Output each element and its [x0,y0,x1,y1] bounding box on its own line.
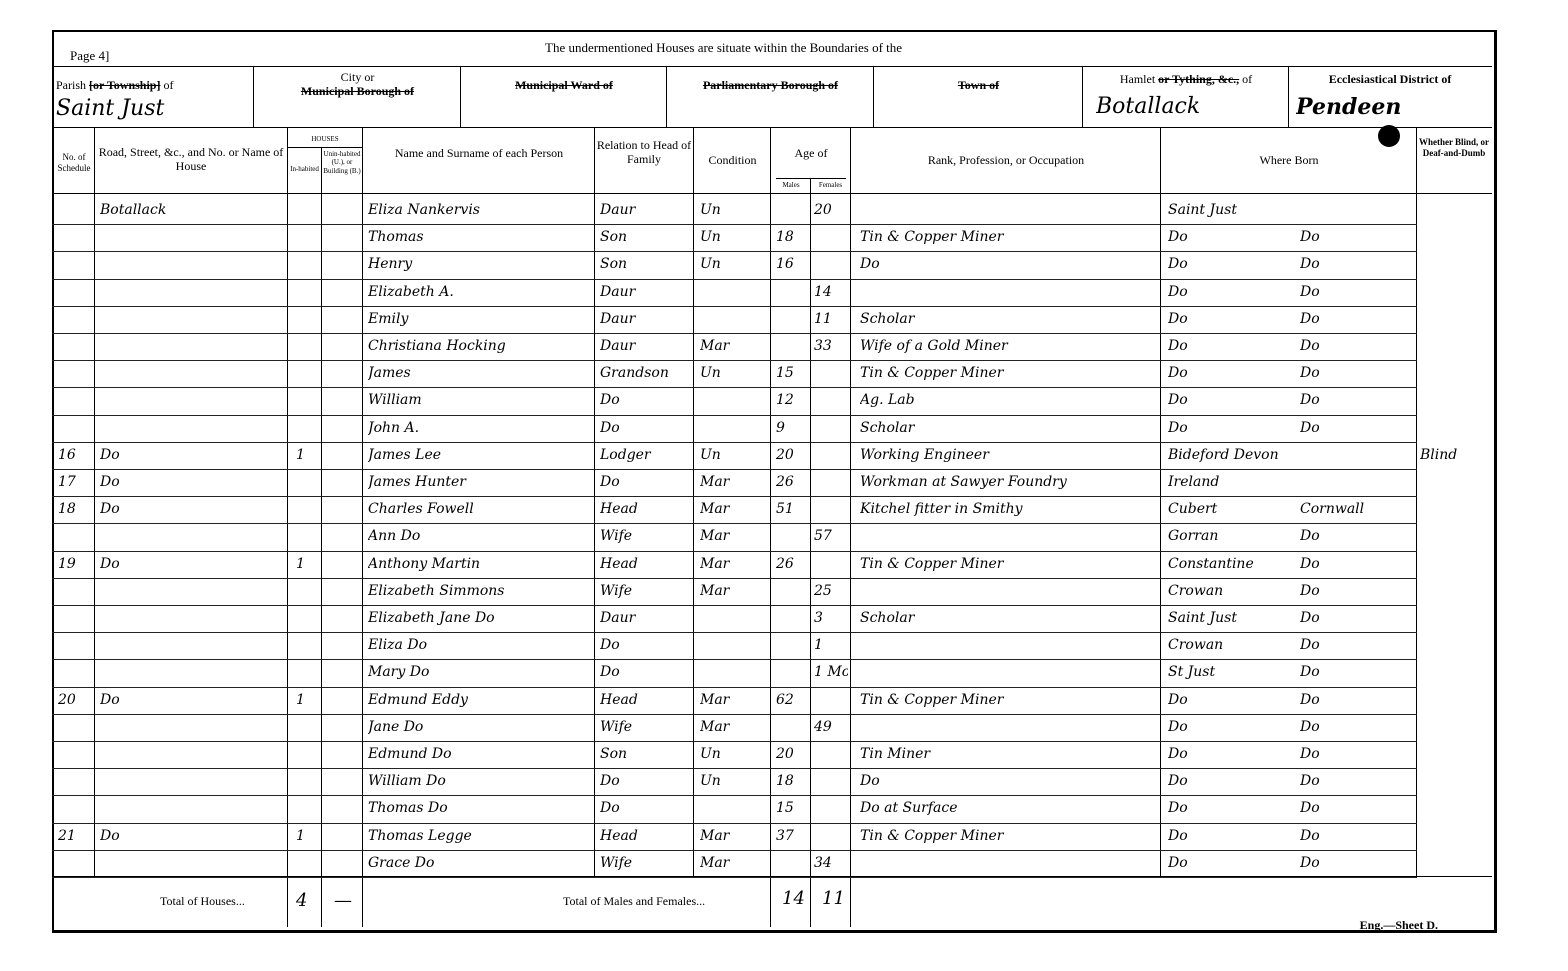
cell-female: 20 [814,202,848,218]
cell-schedule: 20 [58,692,92,708]
col-header-where-born: Where Born [1162,153,1416,167]
cell-occupation: Tin & Copper Miner [860,229,1158,245]
cell-condition: Un [700,229,768,245]
row-rule [52,659,1417,660]
city-label: City or Municipal Borough of [255,70,460,99]
divider [321,147,322,927]
cell-condition: Mar [700,583,768,599]
total-houses-label: Total of Houses... [160,894,245,909]
cell-occupation: Tin & Copper Miner [860,365,1158,381]
cell-born-county: Do [1300,855,1412,871]
cell-name: Henry [368,256,593,272]
cell-born-place: Crowan [1168,583,1318,599]
col-header-blind: Whether Blind, or Deaf-and-Dumb [1418,137,1490,159]
cell-born-place: St Just [1168,664,1318,680]
cell-name: William [368,392,593,408]
cell-born-place: Do [1168,365,1318,381]
cell-road: Do [100,828,285,844]
cell-born-place: Do [1168,284,1318,300]
cell-male: 26 [776,556,810,572]
cell-relation: Daur [600,284,692,300]
cell-inhabited: 1 [296,556,320,572]
cell-female: 3 [814,610,848,626]
cell-condition: Mar [700,719,768,735]
parish-value: Saint Just [56,96,251,121]
row-rule [52,578,1417,579]
cell-male: 18 [776,229,810,245]
cell-male: 20 [776,447,810,463]
cell-condition: Mar [700,828,768,844]
cell-name: Jane Do [368,719,593,735]
cell-male: 16 [776,256,810,272]
cell-name: Elizabeth Jane Do [368,610,593,626]
cell-name: Eliza Do [368,637,593,653]
row-rule [52,306,1417,307]
cell-female: 11 [814,311,848,327]
cell-relation: Daur [600,202,692,218]
cell-born-county: Do [1300,828,1412,844]
cell-road: Do [100,556,285,572]
row-rule [52,823,1417,824]
cell-occupation: Tin & Copper Miner [860,692,1158,708]
ecclesiastical-value: Pendeen [1296,94,1486,120]
cell-born-place: Do [1168,311,1318,327]
row-rule [52,224,1417,225]
parish-label: Parish [or Township] of [56,78,251,92]
cell-condition: Un [700,202,768,218]
total-females: 11 [822,888,845,909]
divider [776,178,846,179]
cell-relation: Do [600,664,692,680]
row-rule [52,632,1417,633]
cell-born-place: Cubert [1168,501,1318,517]
cell-road: Do [100,501,285,517]
cell-relation: Head [600,828,692,844]
cell-female: 1 Mo [814,664,848,680]
cell-name: Elizabeth Simmons [368,583,593,599]
parliamentary-borough-label: Parliamentary Borough of [668,78,873,92]
cell-female: 33 [814,338,848,354]
cell-relation: Grandson [600,365,692,381]
col-header-males: Males [772,181,810,189]
row-rule [52,415,1417,416]
cell-relation: Daur [600,610,692,626]
cell-name: Ann Do [368,528,593,544]
cell-relation: Head [600,556,692,572]
cell-male: 62 [776,692,810,708]
cell-born-place: Bideford Devon [1168,447,1318,463]
cell-male: 51 [776,501,810,517]
cell-male: 12 [776,392,810,408]
row-rule [52,333,1417,334]
col-header-age: Age of [772,146,850,160]
cell-name: Grace Do [368,855,593,871]
row-rule [52,687,1417,688]
cell-born-place: Saint Just [1168,610,1318,626]
cell-name: Anthony Martin [368,556,593,572]
cell-condition: Un [700,256,768,272]
divider [94,127,95,877]
row-rule [52,768,1417,769]
cell-road: Do [100,692,285,708]
cell-born-county: Do [1300,556,1412,572]
divider [1082,66,1083,127]
divider [666,66,667,127]
row-rule [52,523,1417,524]
col-header-inhabited: In-habited [288,165,321,173]
ecclesiastical-label: Ecclesiastical District of [1290,72,1490,86]
cell-born-place: Saint Just [1168,202,1318,218]
cell-female: 1 [814,637,848,653]
cell-occupation: Workman at Sawyer Foundry [860,474,1158,490]
cell-name: Edmund Eddy [368,692,593,708]
cell-born-place: Gorran [1168,528,1318,544]
cell-condition: Mar [700,692,768,708]
cell-occupation: Wife of a Gold Miner [860,338,1158,354]
cell-born-place: Do [1168,420,1318,436]
divider [52,66,1492,67]
cell-occupation: Do at Surface [860,800,1158,816]
col-header-relation: Relation to Head of Family [596,138,692,167]
cell-occupation: Tin & Copper Miner [860,828,1158,844]
cell-female: 57 [814,528,848,544]
cell-female: 49 [814,719,848,735]
row-rule [52,795,1417,796]
cell-born-county: Do [1300,637,1412,653]
cell-born-place: Do [1168,338,1318,354]
cell-condition: Mar [700,556,768,572]
cell-born-place: Do [1168,855,1318,871]
cell-born-place: Do [1168,229,1318,245]
cell-schedule: 16 [58,447,92,463]
cell-name: Edmund Do [368,746,593,762]
cell-female: 14 [814,284,848,300]
cell-born-county: Do [1300,365,1412,381]
cell-road: Do [100,474,285,490]
row-rule [52,877,1417,878]
hamlet-value: Botallack [1096,94,1286,119]
cell-male: 15 [776,800,810,816]
cell-name: William Do [368,773,593,789]
row-rule [52,496,1417,497]
col-header-houses: HOUSES [288,135,362,143]
row-rule [52,714,1417,715]
cell-name: James [368,365,593,381]
cell-occupation: Tin Miner [860,746,1158,762]
cell-condition: Mar [700,501,768,517]
divider [1288,66,1289,127]
col-header-females: Females [811,181,850,189]
cell-occupation: Tin & Copper Miner [860,556,1158,572]
cell-relation: Wife [600,719,692,735]
divider [770,127,771,927]
row-rule [52,387,1417,388]
cell-name: Thomas [368,229,593,245]
divider [594,127,595,877]
cell-relation: Head [600,692,692,708]
hamlet-label: Hamlet or Tything, &c., of [1084,72,1288,86]
cell-inhabited: 1 [296,828,320,844]
cell-born-county: Do [1300,664,1412,680]
cell-born-county: Do [1300,420,1412,436]
cell-relation: Daur [600,311,692,327]
cell-born-place: Do [1168,719,1318,735]
cell-relation: Do [600,800,692,816]
cell-relation: Do [600,474,692,490]
divider [52,127,1492,128]
cell-name: James Lee [368,447,593,463]
col-header-occupation: Rank, Profession, or Occupation [852,153,1160,167]
cell-male: 20 [776,746,810,762]
cell-born-place: Do [1168,800,1318,816]
row-rule [52,251,1417,252]
cell-name: Charles Fowell [368,501,593,517]
cell-name: Thomas Legge [368,828,593,844]
cell-born-county: Do [1300,528,1412,544]
cell-born-place: Ireland [1168,474,1318,490]
row-rule [52,850,1417,851]
divider [810,178,811,927]
total-houses-uninhabited: — [334,890,352,911]
cell-name: Thomas Do [368,800,593,816]
cell-occupation: Kitchel fitter in Smithy [860,501,1158,517]
ink-blot [1378,125,1400,147]
divider [287,147,362,148]
divider [52,876,1492,877]
page-number: Page 4] [70,48,109,64]
cell-born-place: Do [1168,692,1318,708]
cell-male: 15 [776,365,810,381]
divider [850,127,851,927]
row-rule [52,442,1417,443]
total-persons-label: Total of Males and Females... [563,894,705,909]
cell-born-place: Do [1168,773,1318,789]
cell-relation: Do [600,420,692,436]
cell-inhabited: 1 [296,692,320,708]
col-header-uninhabited: Unin-habited (U.), or Building (B.) [322,150,362,175]
col-header-schedule: No. of Schedule [54,152,94,174]
cell-name: John A. [368,420,593,436]
cell-name: Christiana Hocking [368,338,593,354]
divider [1416,127,1417,877]
cell-male: 9 [776,420,810,436]
cell-condition: Un [700,773,768,789]
divider [362,127,363,927]
row-rule [52,605,1417,606]
col-header-road: Road, Street, &c., and No. or Name of Ho… [96,145,286,174]
cell-inhabited: 1 [296,447,320,463]
cell-occupation: Ag. Lab [860,392,1158,408]
cell-female: 34 [814,855,848,871]
town-label: Town of [875,78,1082,92]
row-rule [52,469,1417,470]
row-rule [52,741,1417,742]
divider [1160,127,1161,877]
cell-relation: Do [600,392,692,408]
cell-born-county: Do [1300,800,1412,816]
cell-name: Emily [368,311,593,327]
divider [253,66,254,127]
cell-born-place: Constantine [1168,556,1318,572]
total-houses-inhabited: 4 [296,890,307,911]
cell-relation: Do [600,773,692,789]
row-rule [52,279,1417,280]
cell-condition: Un [700,365,768,381]
cell-born-county: Do [1300,583,1412,599]
cell-born-county: Do [1300,692,1412,708]
cell-female: 25 [814,583,848,599]
cell-occupation: Scholar [860,610,1158,626]
cell-male: 18 [776,773,810,789]
cell-born-county: Do [1300,311,1412,327]
cell-occupation: Do [860,773,1158,789]
cell-schedule: 18 [58,501,92,517]
cell-condition: Mar [700,528,768,544]
page-title: The undermentioned Houses are situate wi… [545,40,902,56]
cell-condition: Un [700,447,768,463]
cell-born-place: Crowan [1168,637,1318,653]
cell-road: Do [100,447,285,463]
cell-condition: Mar [700,474,768,490]
cell-name: Eliza Nankervis [368,202,593,218]
cell-name: Mary Do [368,664,593,680]
cell-born-county: Do [1300,719,1412,735]
cell-schedule: 17 [58,474,92,490]
cell-born-place: Do [1168,746,1318,762]
cell-schedule: 21 [58,828,92,844]
cell-schedule: 19 [58,556,92,572]
cell-born-county: Do [1300,256,1412,272]
cell-born-county: Do [1300,284,1412,300]
divider [873,66,874,127]
cell-relation: Lodger [600,447,692,463]
cell-born-county: Do [1300,392,1412,408]
col-header-condition: Condition [695,153,770,167]
sheet-footer: Eng.—Sheet D. [1360,918,1438,933]
cell-relation: Do [600,637,692,653]
cell-condition: Mar [700,855,768,871]
cell-relation: Son [600,229,692,245]
cell-name: Elizabeth A. [368,284,593,300]
cell-born-county: Do [1300,773,1412,789]
row-rule [52,360,1417,361]
cell-condition: Mar [700,338,768,354]
cell-male: 26 [776,474,810,490]
cell-occupation: Do [860,256,1158,272]
divider [287,127,288,927]
cell-born-place: Do [1168,828,1318,844]
cell-born-county: Do [1300,610,1412,626]
cell-born-county: Do [1300,338,1412,354]
cell-relation: Son [600,746,692,762]
divider [460,66,461,127]
col-header-name: Name and Surname of each Person [364,146,594,160]
cell-blind: Blind [1420,447,1490,463]
divider [52,193,1492,194]
cell-occupation: Scholar [860,420,1158,436]
row-rule [52,551,1417,552]
divider [693,127,694,877]
cell-born-county: Cornwall [1300,501,1412,517]
cell-condition: Un [700,746,768,762]
cell-relation: Son [600,256,692,272]
cell-name: James Hunter [368,474,593,490]
cell-road: Botallack [100,202,285,218]
cell-born-place: Do [1168,392,1318,408]
cell-born-place: Do [1168,256,1318,272]
ward-label: Municipal Ward of [462,78,666,92]
cell-born-county: Do [1300,229,1412,245]
total-males: 14 [782,888,805,909]
cell-occupation: Working Engineer [860,447,1158,463]
cell-relation: Daur [600,338,692,354]
cell-occupation: Scholar [860,311,1158,327]
cell-male: 37 [776,828,810,844]
cell-relation: Head [600,501,692,517]
cell-relation: Wife [600,528,692,544]
cell-born-county: Do [1300,746,1412,762]
cell-relation: Wife [600,583,692,599]
cell-relation: Wife [600,855,692,871]
